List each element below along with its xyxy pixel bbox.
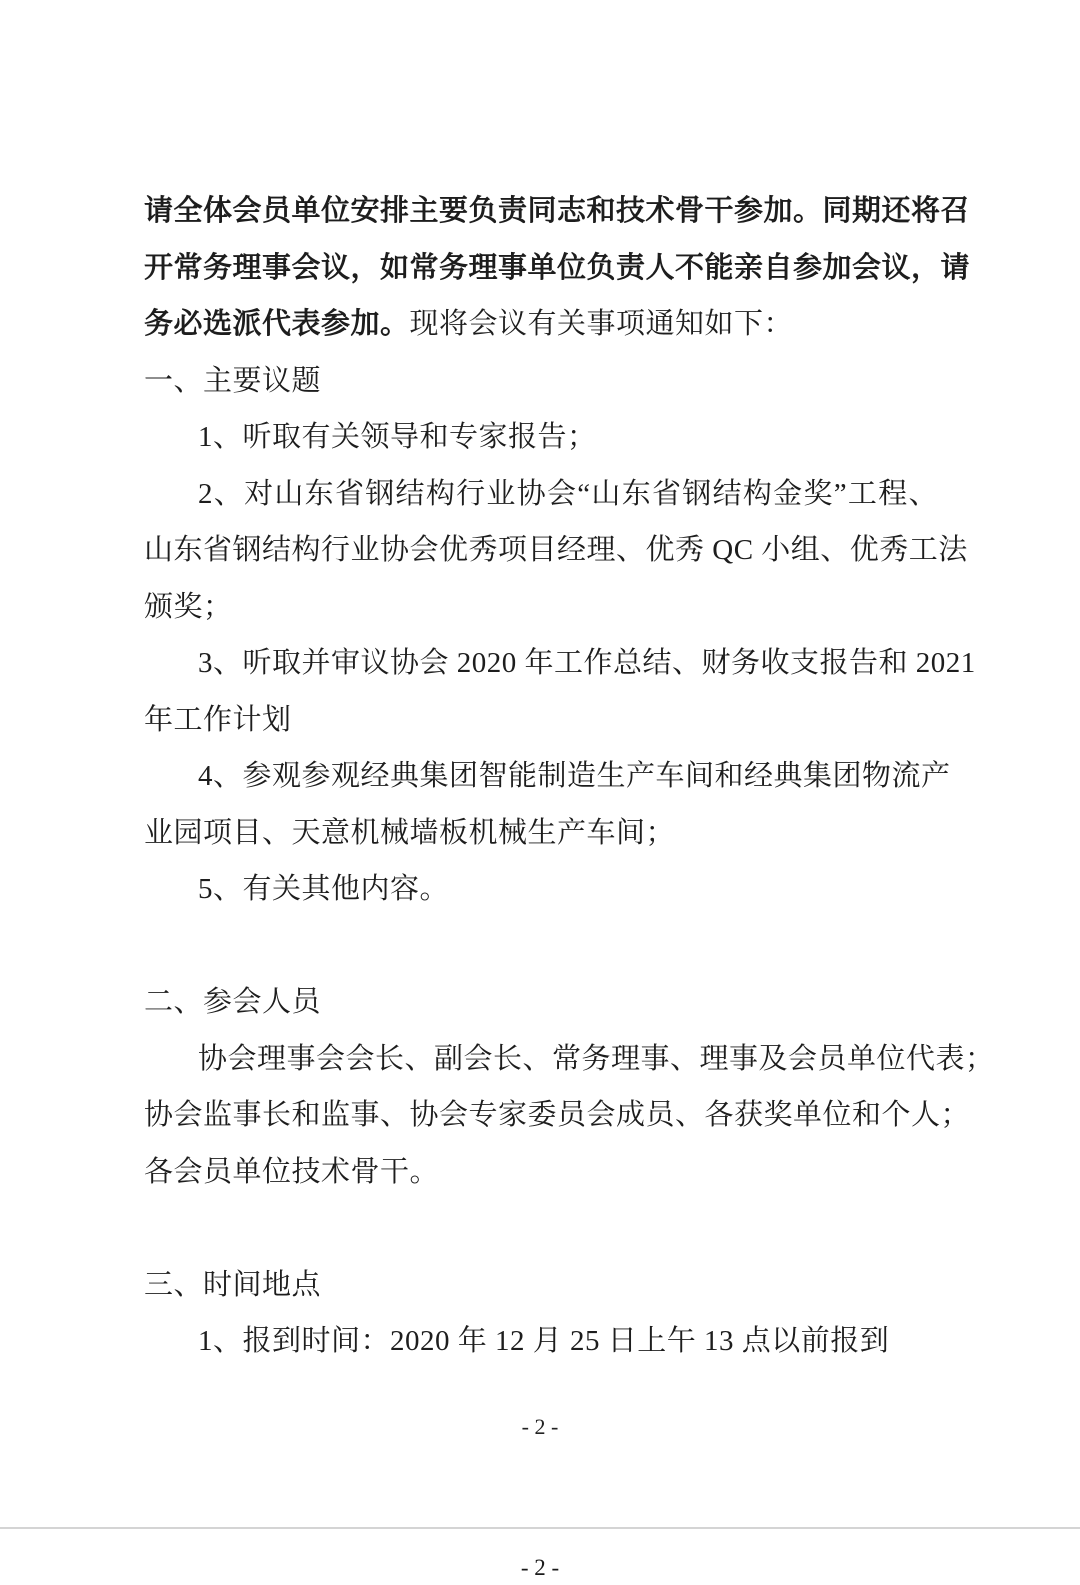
document-page: 请全体会员单位安排主要负责同志和技术骨干参加。同期还将召 开常务理事会议，如常务… [0,0,1080,1585]
agenda-item-4-line-2: 业园项目、天意机械墙板机械生产车间； [144,805,938,862]
agenda-item-3-line-1: 3、听取并审议协会 2020 年工作总结、财务收支报告和 2021 [144,635,938,692]
page-footer-page-number: - 2 - [0,1414,1080,1440]
agenda-item-5: 5、有关其他内容。 [144,861,938,918]
intro-line-2: 开常务理事会议，如常务理事单位负责人不能亲自参加会议，请 [144,240,938,297]
attendees-line-2: 协会监事长和监事、协会专家委员会成员、各获奖单位和个人； [144,1087,938,1144]
page-boundary-divider [0,1527,1080,1529]
agenda-item-2-line-2: 山东省钢结构行业协会优秀项目经理、优秀 QC 小组、优秀工法 [144,522,938,579]
agenda-item-4-line-1: 4、参观参观经典集团智能制造生产车间和经典集团物流产 [144,748,938,805]
viewer-page-number: - 2 - [0,1554,1080,1582]
intro-line-3: 务必选派代表参加。现将会议有关事项通知如下： [144,296,938,353]
attendees-line-3: 各会员单位技术骨干。 [144,1144,938,1201]
agenda-item-1: 1、听取有关领导和专家报告； [144,409,938,466]
intro-line-3-regular-text: 现将会议有关事项通知如下： [410,308,794,340]
document-body: 请全体会员单位安排主要负责同志和技术骨干参加。同期还将召 开常务理事会议，如常务… [144,183,938,1370]
intro-line-3-bold-text: 务必选派代表参加。 [144,308,410,340]
time-place-section-heading: 三、时间地点 [144,1257,938,1314]
attendees-section-heading: 二、参会人员 [144,974,938,1031]
intro-line-1: 请全体会员单位安排主要负责同志和技术骨干参加。同期还将召 [144,183,938,240]
agenda-section-heading: 一、主要议题 [144,353,938,410]
attendees-line-1: 协会理事会会长、副会长、常务理事、理事及会员单位代表； [144,1031,938,1088]
agenda-item-2-line-3: 颁奖； [144,579,938,636]
blank-line [144,1200,938,1257]
agenda-item-2-line-1: 2、对山东省钢结构行业协会“山东省钢结构金奖”工程、 [144,466,938,523]
time-place-item-1: 1、报到时间：2020 年 12 月 25 日上午 13 点以前报到 [144,1313,938,1370]
blank-line [144,918,938,975]
agenda-item-3-line-2: 年工作计划 [144,692,938,749]
